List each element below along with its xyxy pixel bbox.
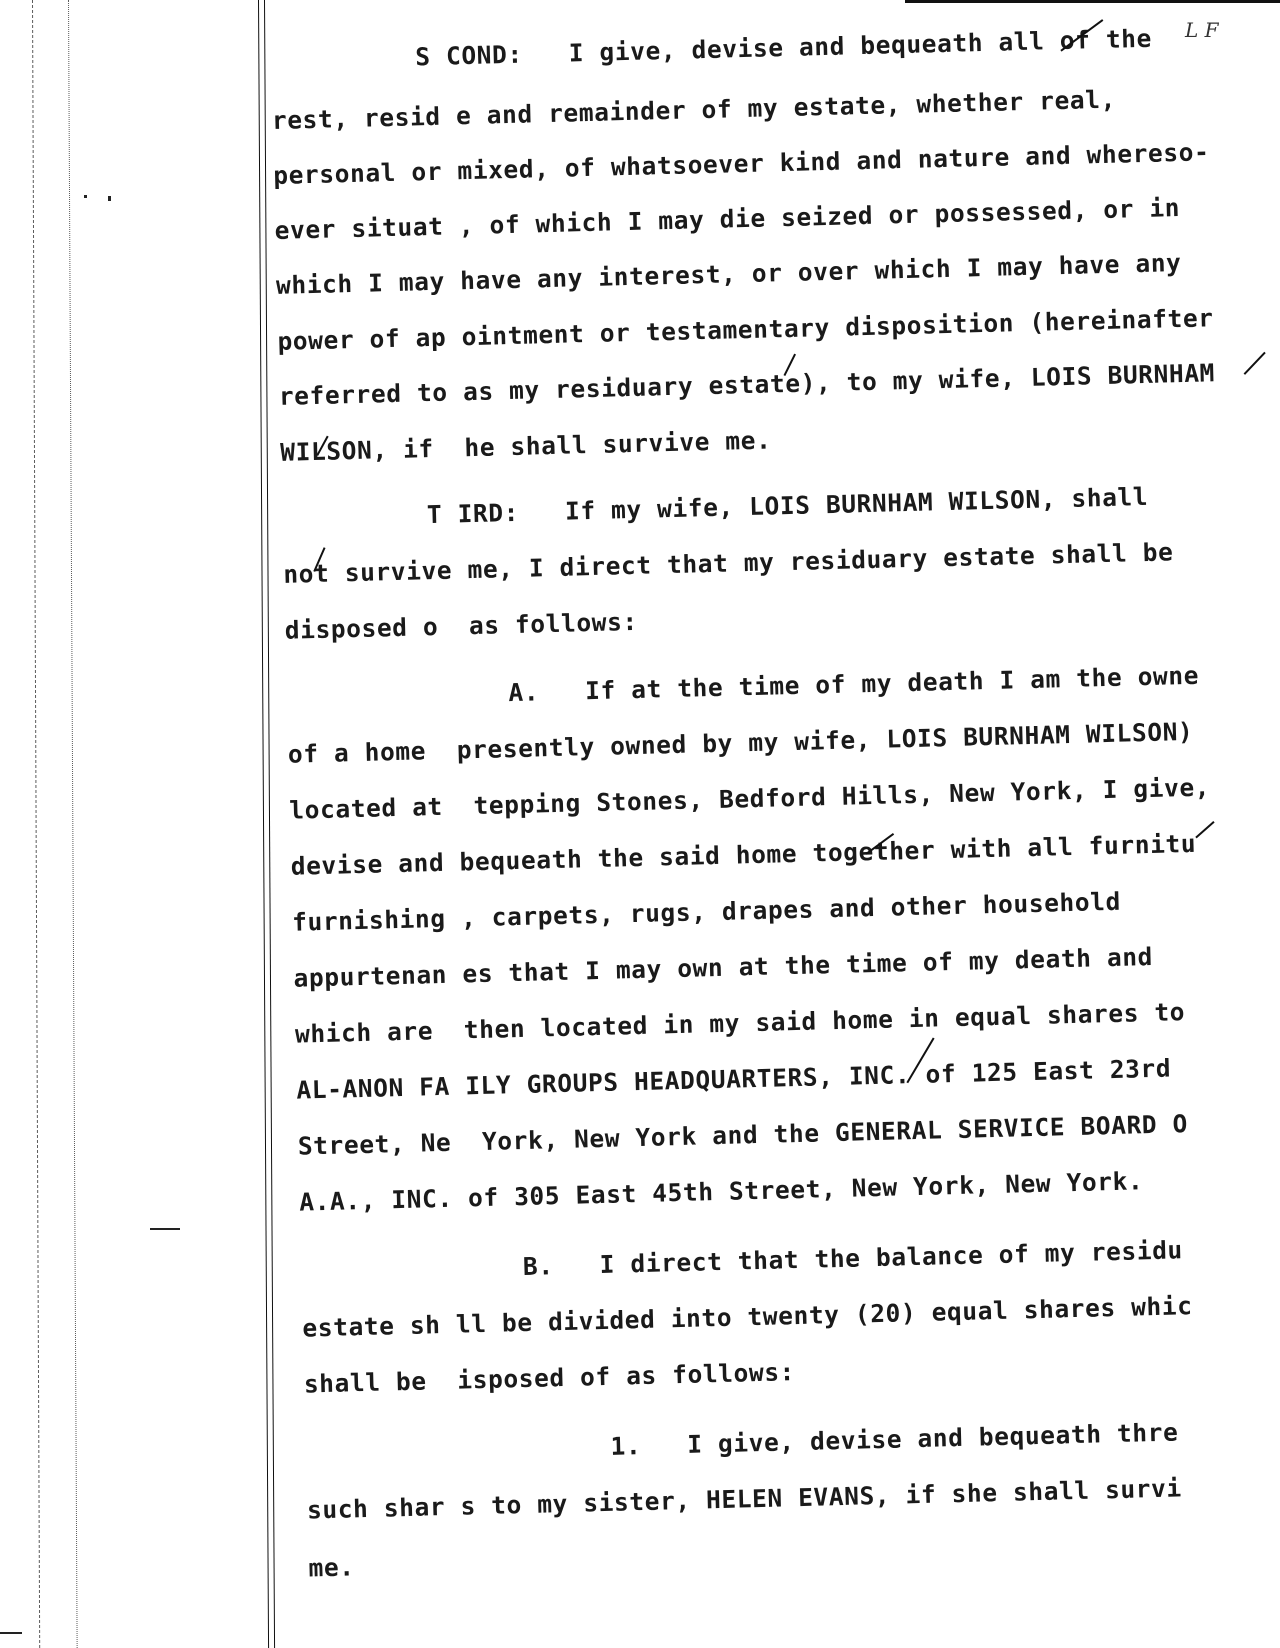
document-line: personal or mixed, of whatsoever kind an… <box>273 137 1210 190</box>
document-line: which are then located in my said home i… <box>295 997 1186 1049</box>
document-line: me. <box>308 1552 355 1582</box>
document-line: T IRD: If my wife, LOIS BURNHAM WILSON, … <box>427 482 1149 529</box>
initials-mark: L F <box>1185 18 1219 42</box>
scan-speck <box>84 195 87 198</box>
document-line: A. If at the time of my death I am the o… <box>508 661 1199 707</box>
document-line: of a home presently owned by my wife, LO… <box>288 717 1194 769</box>
document-line: which I may have any interest, or over w… <box>276 248 1182 300</box>
document-line: appurtenan es that I may own at the time… <box>293 942 1153 993</box>
document-line: referred to as my residuary estate), to … <box>279 358 1216 411</box>
document-line: shall be isposed of as follows: <box>304 1357 796 1398</box>
page-margin-rule-outer <box>258 0 269 1648</box>
document-line: Street, Ne York, New York and the GENERA… <box>297 1109 1188 1161</box>
document-line: power of ap ointment or testamentary dis… <box>277 303 1214 356</box>
document-line: S COND: I give, devise and bequeath all … <box>415 24 1152 72</box>
document-line: such shar s to my sister, HELEN EVANS, i… <box>307 1473 1182 1524</box>
document-line: devise and bequeath the said home togeth… <box>290 829 1196 881</box>
scan-margin-line-inner <box>68 0 78 1648</box>
document-line: disposed o as follows: <box>284 607 638 645</box>
scan-margin-line-left <box>32 0 40 1648</box>
document-body: S COND: I give, devise and bequeath all … <box>270 21 1270 46</box>
scan-speck <box>108 196 111 201</box>
document-line: AL-ANON FA ILY GROUPS HEADQUARTERS, INC.… <box>296 1054 1171 1105</box>
document-line: B. I direct that the balance of my resid… <box>523 1235 1184 1281</box>
handwritten-check-mark <box>1195 821 1214 838</box>
scan-speck <box>0 1632 22 1634</box>
scan-speck <box>150 1228 180 1230</box>
document-line: not survive me, I direct that my residua… <box>283 537 1174 589</box>
document-line: A.A., INC. of 305 East 45th Street, New … <box>299 1166 1144 1216</box>
page-top-edge-bar <box>905 0 1280 3</box>
document-line: ever situat , of which I may die seized … <box>274 193 1180 245</box>
document-line: located at tepping Stones, Bedford Hills… <box>289 772 1210 824</box>
document-line: WILSON, if he shall survive me. <box>280 425 772 466</box>
document-line: rest, resid e and remainder of my estate… <box>272 85 1117 135</box>
handwritten-check-mark <box>1244 352 1266 375</box>
document-line: furnishing , carpets, rugs, drapes and o… <box>292 887 1121 937</box>
document-line: estate sh ll be divided into twenty (20)… <box>302 1291 1193 1343</box>
document-line: 1. I give, devise and bequeath thre <box>610 1417 1179 1460</box>
